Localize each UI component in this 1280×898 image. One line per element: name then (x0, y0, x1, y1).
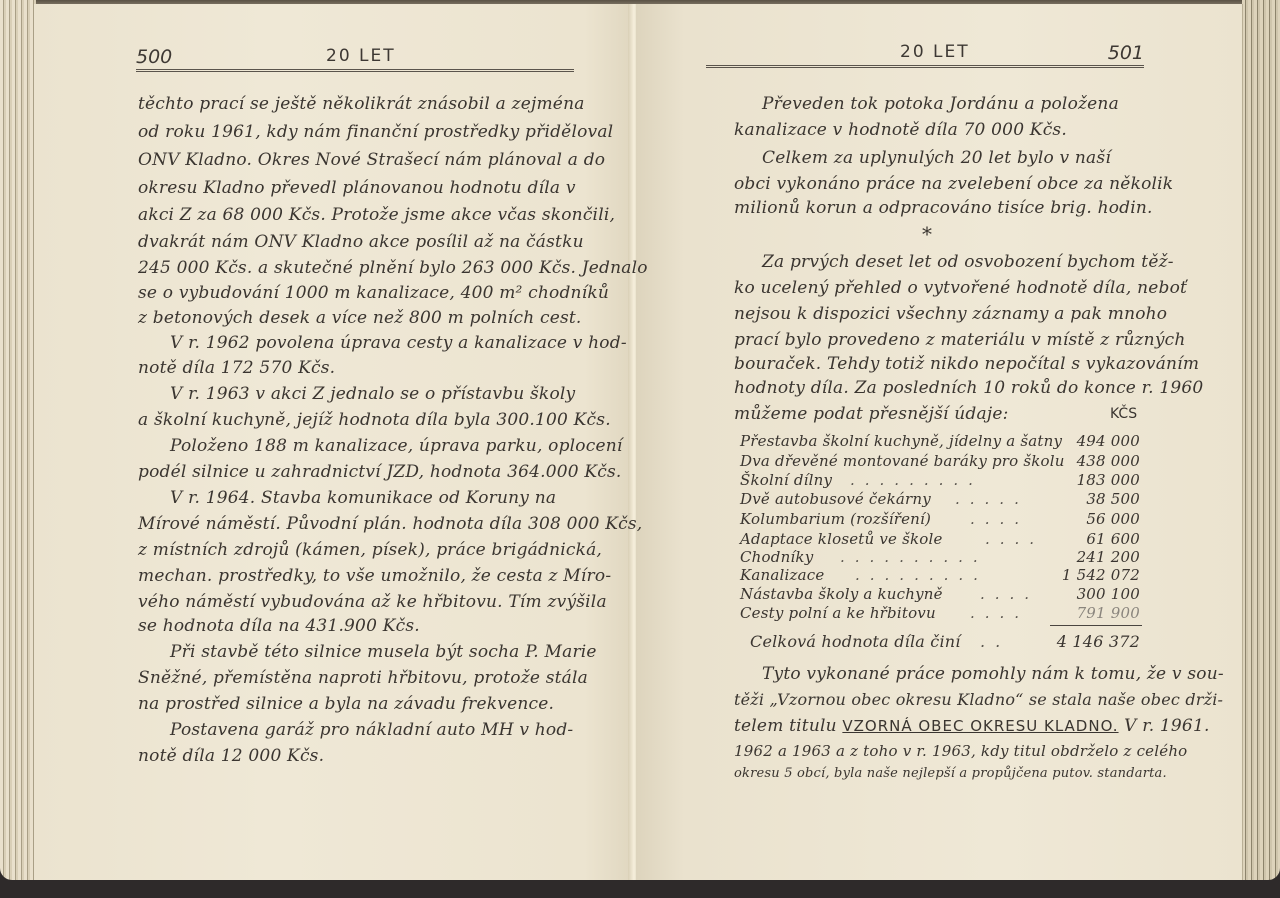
text-line: podél silnice u zahradnictví JZD, hodnot… (138, 462, 622, 482)
text-line: Převeden tok potoka Jordánu a položena (762, 94, 1119, 114)
leader-dots: .... (980, 585, 1039, 603)
ledger-row: Přestavba školní kuchyně, jídelny a šatn… (740, 432, 1140, 450)
text-line: Mírové náměstí. Původní plán. hodnota dí… (138, 514, 642, 534)
text-line: prací bylo provedeno z materiálu v místě… (734, 330, 1186, 350)
ledger-row: Dva dřevěné montované baráky pro školu 4… (740, 452, 1140, 470)
ledger-label: Přestavba školní kuchyně, jídelny a šatn… (740, 432, 1062, 450)
ledger-value: 1 542 072 (1062, 566, 1140, 584)
ledger-row: Kolumbarium (rozšíření) .... 56 000 (740, 510, 1140, 528)
text-line: V r. 1963 v akci Z jednalo se o přístavb… (170, 384, 575, 404)
ledger-label: Cesty polní a ke hřbitovu (740, 604, 936, 622)
text-line: Tyto vykonané práce pomohly nám k tomu, … (762, 664, 1224, 684)
ledger-value: 791 900 (1077, 604, 1140, 622)
leader-dots: ..... (955, 490, 1029, 508)
ledger-label: Chodníky (740, 548, 813, 566)
text-line: akci Z za 68 000 Kčs. Protože jsme akce … (138, 205, 615, 225)
ledger-label: Školní dílny (740, 471, 832, 489)
text-line: těži „Vzornou obec okresu Kladno“ se sta… (734, 690, 1223, 709)
ledger-row: Nástavba školy a kuchyně .... 300 100 (740, 585, 1140, 603)
leader-dots: .... (985, 530, 1044, 548)
text-line: Celkem za uplynulých 20 let bylo v naší (762, 148, 1111, 168)
text-line: okresu 5 obcí, byla naše nejlepší a prop… (734, 766, 1167, 781)
text-line: dvakrát nám ONV Kladno akce posílil až n… (138, 232, 584, 252)
text-line: notě díla 172 570 Kčs. (138, 358, 335, 378)
text-line: a školní kuchyně, jejíž hodnota díla byl… (138, 410, 611, 430)
text-line: kanalizace v hodnotě díla 70 000 Kčs. (734, 120, 1067, 140)
left-page-header: 500 20 LET (136, 44, 574, 72)
text-line: telem titulu VZORNÁ OBEC OKRESU KLADNO. … (734, 716, 1210, 736)
ledger-row: Dvě autobusové čekárny ..... 38 500 (740, 490, 1140, 508)
text-line: bouraček. Tehdy totiž nikdo nepočítal s … (734, 354, 1199, 374)
text-line: od roku 1961, kdy nám finanční prostředk… (138, 122, 613, 142)
text-line: nejsou k dispozici všechny záznamy a pak… (734, 304, 1167, 324)
text-line: se o vybudování 1000 m kanalizace, 400 m… (138, 283, 609, 303)
total-value: 4 146 372 (1057, 632, 1140, 651)
text-line: Postavena garáž pro nákladní auto MH v h… (170, 720, 573, 740)
running-title: 20 LET (900, 42, 970, 62)
text-line: Položeno 188 m kanalizace, úprava parku,… (170, 436, 623, 456)
sum-rule (1050, 625, 1142, 626)
leader-dots: ......... (855, 566, 988, 584)
currency-header: KČS (1110, 406, 1137, 422)
text-line: notě díla 12 000 Kčs. (138, 746, 324, 766)
ledger-label: Dvě autobusové čekárny (740, 490, 931, 508)
text-line: Za prvých deset let od osvobození bychom… (762, 252, 1174, 272)
ledger-label: Kanalizace (740, 566, 824, 584)
text-line: z místních zdrojů (kámen, písek), práce … (138, 540, 602, 560)
text-line: ONV Kladno. Okres Nové Strašecí nám plán… (138, 150, 605, 170)
total-label: Celková hodnota díla činí (750, 632, 961, 651)
ledger-value: 61 600 (1086, 530, 1140, 548)
leader-dots: .... (970, 510, 1029, 528)
page-stack-right (1242, 0, 1280, 880)
ledger-value: 300 100 (1077, 585, 1140, 603)
ledger-row: Cesty polní a ke hřbitovu .... 791 900 (740, 604, 1140, 622)
page-number: 501 (1108, 42, 1144, 64)
ledger-label: Kolumbarium (rozšíření) (740, 510, 931, 528)
text-line: na prostřed silnice a byla na závadu fre… (138, 694, 554, 714)
text-line: se hodnota díla na 431.900 Kčs. (138, 616, 420, 636)
text-line: hodnoty díla. Za posledních 10 roků do k… (734, 378, 1203, 398)
text-line: můžeme podat přesnější údaje: (734, 404, 1009, 424)
text-line: Při stavbě této silnice musela být socha… (170, 642, 597, 662)
text-line: milionů korun a odpracováno tisíce brig.… (734, 198, 1153, 218)
ledger-value: 56 000 (1086, 510, 1140, 528)
ledger-value: 38 500 (1086, 490, 1140, 508)
page-number: 500 (136, 46, 172, 68)
ledger-row: Kanalizace ......... 1 542 072 (740, 566, 1140, 584)
ledger-value: 494 000 (1077, 432, 1140, 450)
text-line: V r. 1962 povolena úprava cesty a kanali… (170, 333, 627, 353)
text-line: obci vykonáno práce na zvelebení obce za… (734, 174, 1173, 194)
leader-dots: ......... (850, 471, 983, 489)
page-stack-left (0, 0, 36, 880)
text-line: 1962 a 1963 a z toho v r. 1963, kdy titu… (734, 742, 1187, 760)
text-line: ko ucelený přehled o vytvořené hodnotě d… (734, 278, 1187, 298)
text-line: těchto prací se ještě několikrát znásobi… (138, 94, 585, 114)
leader-dots: .... (970, 604, 1029, 622)
ledger-value: 183 000 (1077, 471, 1140, 489)
ledger-row: Chodníky .......... 241 200 (740, 548, 1140, 566)
ledger-label: Dva dřevěné montované baráky pro školu (740, 452, 1065, 470)
ledger-value: 438 000 (1077, 452, 1140, 470)
ledger-label: Adaptace klosetů ve škole (740, 530, 943, 548)
book-bottom-shadow (34, 880, 1244, 898)
ledger-row: Školní dílny ......... 183 000 (740, 471, 1140, 489)
ledger-label: Nástavba školy a kuchyně (740, 585, 943, 603)
header-rule (706, 65, 1144, 68)
text-fragment: V r. 1961. (1124, 716, 1209, 736)
text-line: Sněžné, přemístěna naproti hřbitovu, pro… (138, 668, 588, 688)
ledger-row: Adaptace klosetů ve škole .... 61 600 (740, 530, 1140, 548)
text-line: 245 000 Kčs. a skutečné plnění bylo 263 … (138, 258, 648, 278)
ledger-value: 241 200 (1077, 548, 1140, 566)
leader-dots: .......... (840, 548, 988, 566)
header-rule (136, 69, 574, 72)
right-page-header: 20 LET 501 (706, 40, 1144, 68)
text-line: okresu Kladno převedl plánovanou hodnotu… (138, 178, 576, 198)
section-separator: * (922, 222, 932, 246)
text-line: vého náměstí vybudována až ke hřbitovu. … (138, 592, 607, 612)
title-award: VZORNÁ OBEC OKRESU KLADNO. (842, 717, 1118, 735)
text-line: mechan. prostředky, to vše umožnilo, že … (138, 566, 611, 586)
running-title: 20 LET (326, 46, 396, 66)
ledger-total-row: Celková hodnota díla činí .. 4 146 372 (740, 632, 1140, 650)
text-line: z betonových desek a více než 800 m poln… (138, 308, 582, 328)
text-fragment: telem titulu (734, 716, 837, 736)
text-line: V r. 1964. Stavba komunikace od Koruny n… (170, 488, 556, 508)
leader-dots: .. (980, 632, 1010, 651)
